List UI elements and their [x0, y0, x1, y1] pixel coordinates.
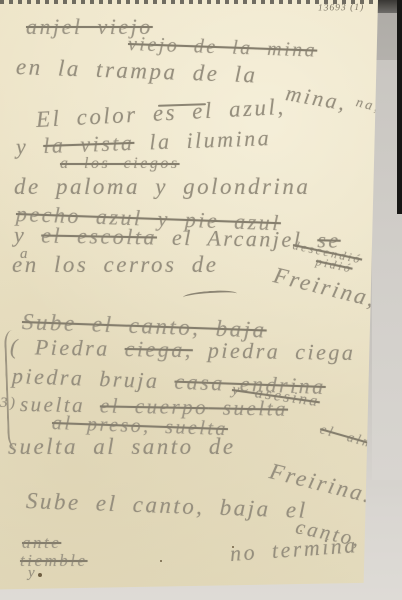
word-segment: suelta al santo de: [8, 434, 236, 459]
manuscript-line: no termina: [229, 532, 358, 567]
manuscript-line: mina,: [284, 80, 350, 116]
word-segment: piedra ciega: [193, 337, 356, 365]
word-segment: no termina: [229, 532, 358, 566]
foxing-speck: [38, 573, 42, 577]
archive-number: 13693 (1): [318, 2, 388, 13]
word-segment: y: [16, 133, 44, 159]
word-segment: de paloma y golondrina: [14, 174, 310, 199]
foxing-speck: [300, 530, 302, 532]
struck-word-segment: el escolta: [41, 222, 157, 249]
foxing-speck: [160, 560, 162, 562]
struck-word-segment: viejo de la mina: [128, 33, 318, 62]
manuscript-line: ante: [22, 533, 61, 553]
manuscript-line: 3): [0, 395, 18, 412]
word-segment: y: [14, 222, 42, 247]
foxing-speck: [120, 588, 122, 590]
word-segment: mina,: [284, 80, 349, 115]
word-segment: piedra bruja: [12, 363, 175, 394]
manuscript-line: y: [28, 565, 37, 582]
struck-word-segment: ante: [22, 533, 61, 552]
struck-word-segment: ciega,: [124, 336, 193, 362]
foxing-speck: [232, 546, 234, 548]
word-segment: en los cerros de: [12, 252, 218, 277]
manuscript-paper: 13693 (1) anjel viejoviejo de la minaen …: [0, 0, 378, 590]
word-segment: 3): [0, 395, 18, 411]
word-segment: la ilumina: [134, 125, 272, 155]
manuscript-line: suelta al santo de: [8, 434, 236, 460]
manuscript-line: Sube el canto, baja el: [26, 488, 308, 524]
word-segment: y: [28, 565, 37, 581]
word-segment: ( Piedra: [10, 334, 125, 361]
manuscript-line: en los cerros de: [12, 252, 218, 278]
word-segment: Sube el canto, baja el: [26, 488, 308, 523]
scanned-manuscript-page: 13693 (1) anjel viejoviejo de la minaen …: [0, 0, 402, 600]
pencil-divider-curve: [183, 289, 237, 302]
manuscript-line: ( Piedra ciega, piedra ciega: [10, 334, 356, 366]
black-edge-strip: [397, 0, 402, 214]
struck-word-segment: la vista: [43, 130, 135, 158]
struck-word-segment: a los ciegos: [60, 155, 180, 172]
manuscript-line: a los ciegos: [60, 155, 180, 173]
manuscript-line: de paloma y golondrina: [14, 174, 310, 200]
